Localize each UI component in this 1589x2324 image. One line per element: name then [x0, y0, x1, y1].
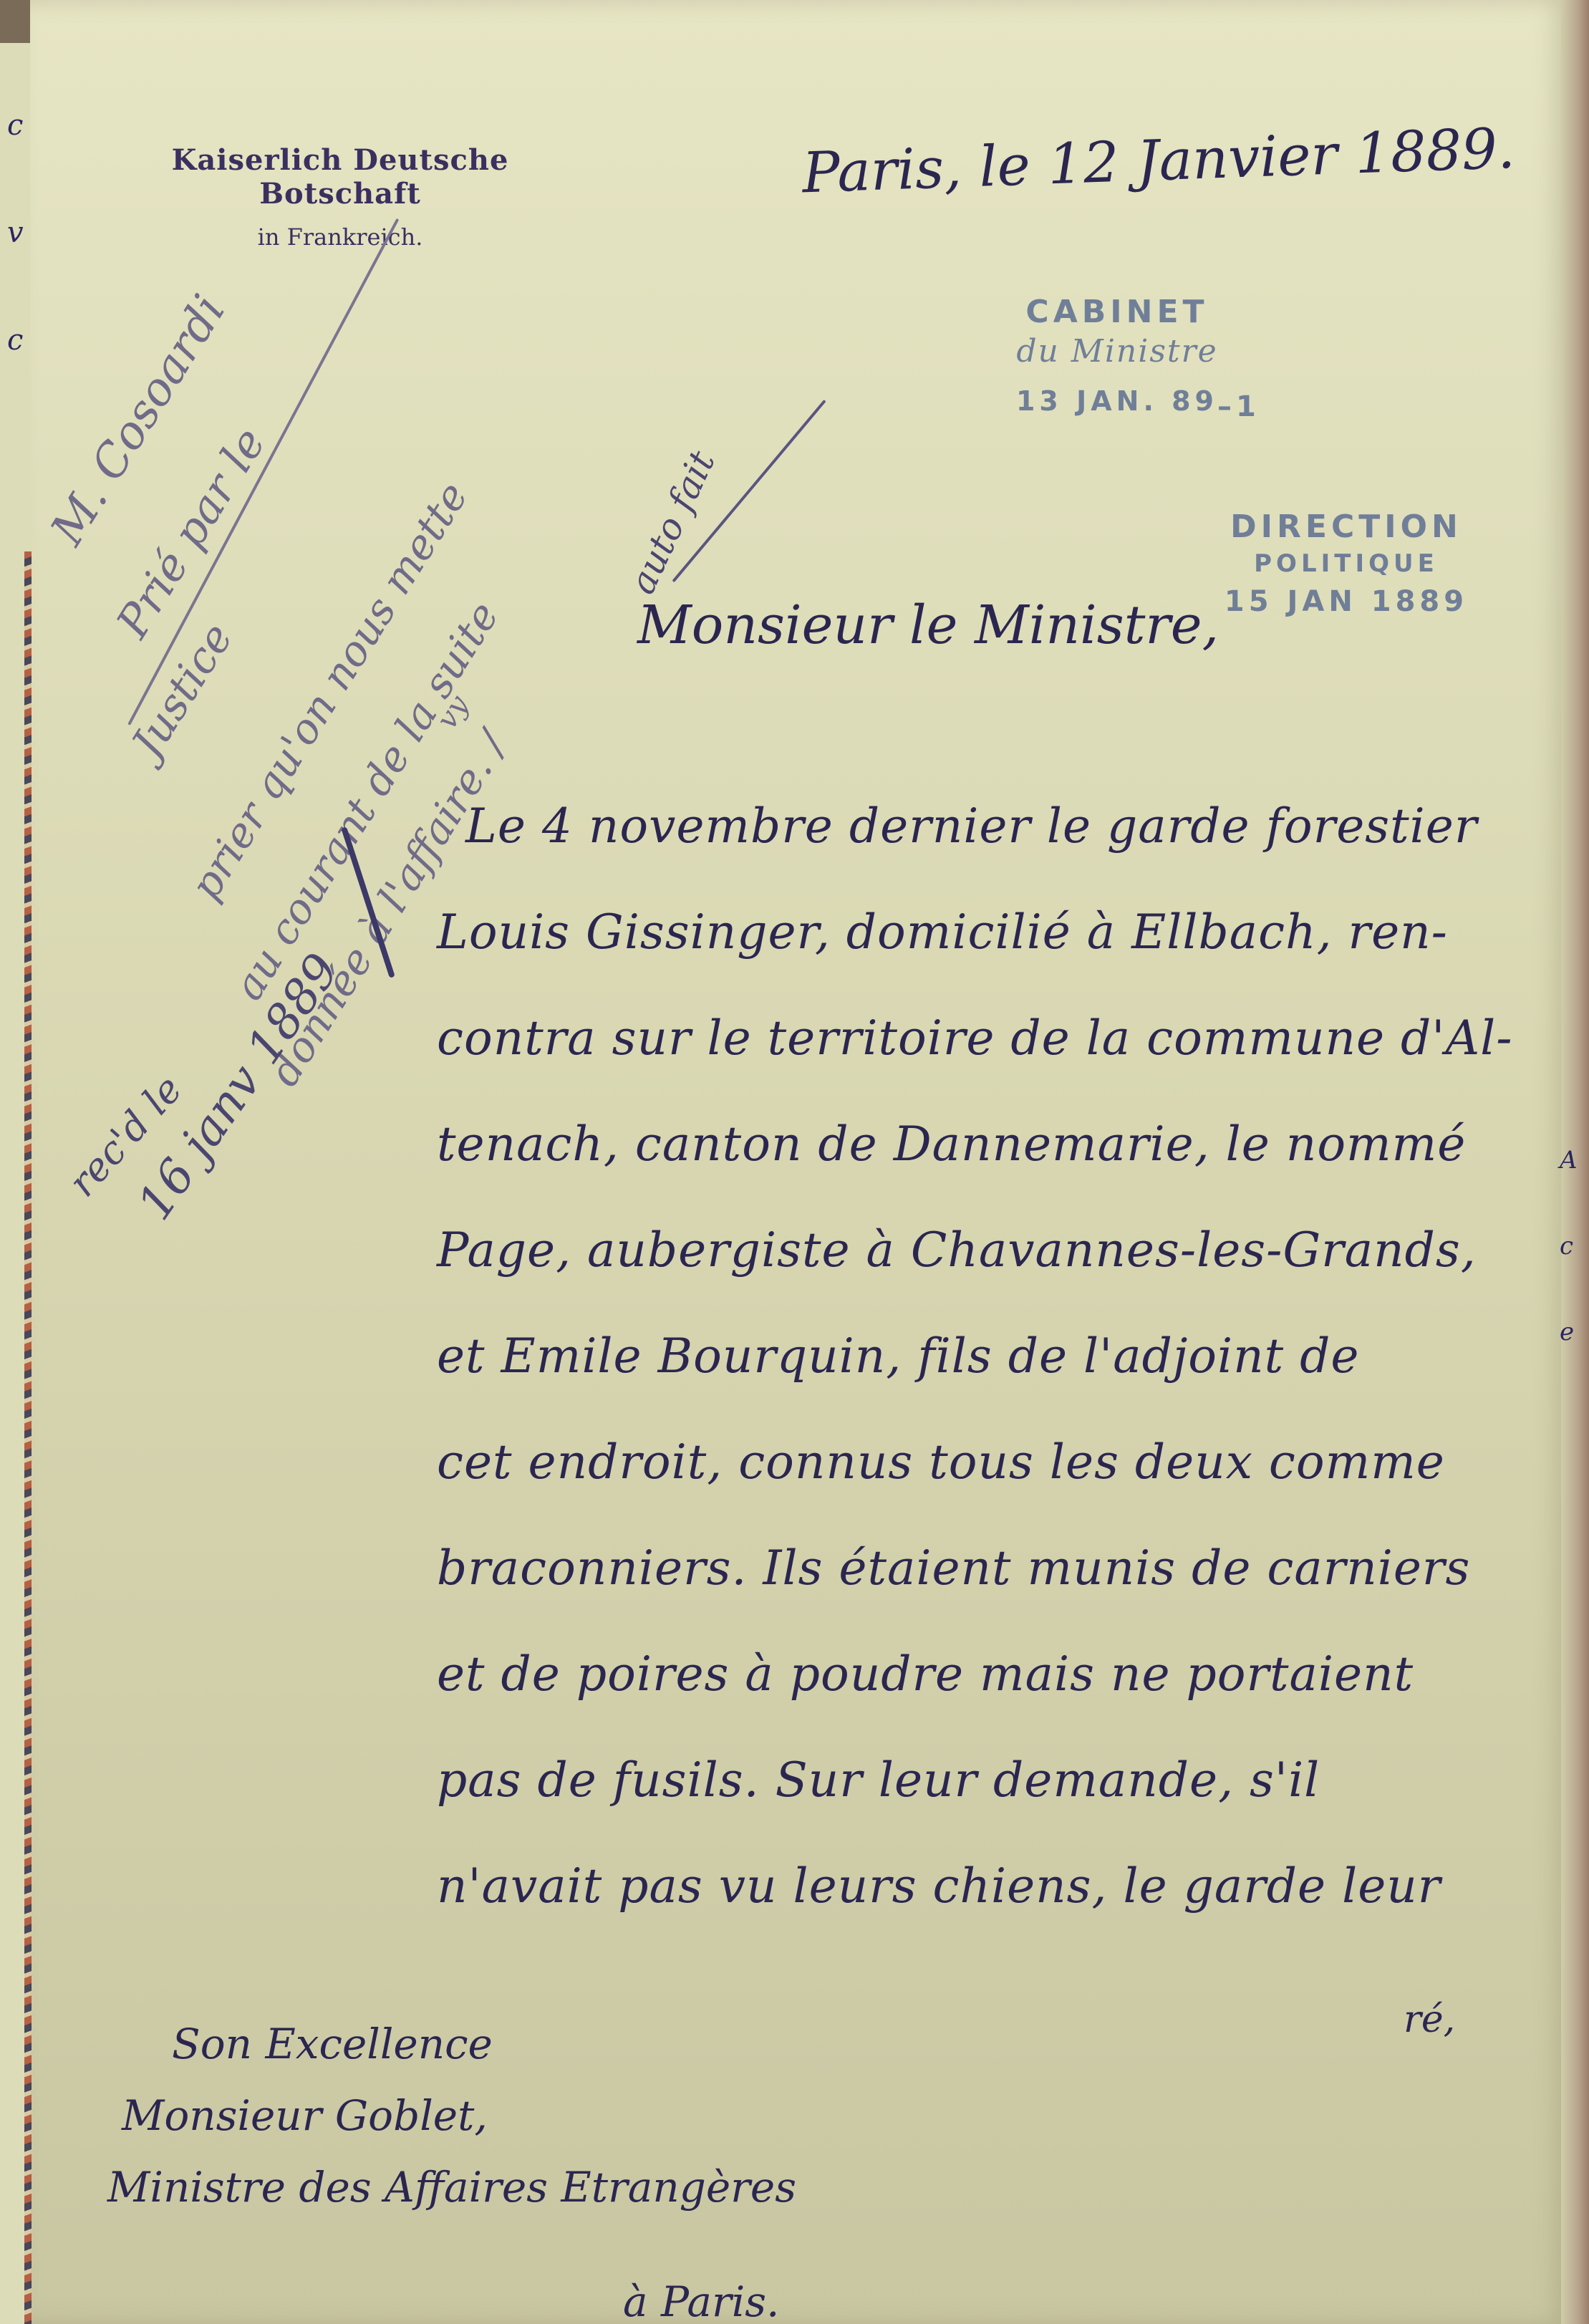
letterhead: Kaiserlich Deutsche Botschaft in Frankre… — [107, 143, 573, 251]
body-line: Le 4 novembre dernier le garde forestier — [437, 773, 1511, 879]
salutation: Monsieur le Ministre, — [637, 594, 1219, 656]
addressee-line2: Monsieur Goblet, — [107, 2091, 796, 2163]
body-line: contra sur le territoire de la commune d… — [437, 985, 1511, 1091]
addressee-block: Son Excellence Monsieur Goblet, Ministre… — [107, 2020, 796, 2324]
stamp-cabinet-line2: du Ministre — [974, 333, 1260, 370]
catchword: ré, — [1404, 1998, 1455, 2041]
body-line: braconniers. Ils étaient munis de carnie… — [437, 1515, 1511, 1621]
addressee-line3: Ministre des Affaires Etrangères — [107, 2163, 796, 2277]
body-line: pas de fusils. Sur leur demande, s'il — [437, 1727, 1511, 1833]
addressee-line1: Son Excellence — [107, 2020, 796, 2091]
left-margin-marks: cvc — [7, 72, 29, 394]
stamp-direction-line1: DIRECTION — [1203, 508, 1489, 545]
letterhead-title: Kaiserlich Deutsche Botschaft — [107, 143, 573, 211]
letterhead-subtitle: in Frankreich. — [107, 223, 573, 251]
letter-body: Le 4 novembre dernier le garde forestier… — [437, 773, 1511, 1939]
body-line: et de poires à poudre mais ne portaient — [437, 1621, 1511, 1727]
addressee-line4: à Paris. — [107, 2277, 796, 2324]
body-line: tenach, canton de Dannemarie, le nommé — [437, 1091, 1511, 1197]
body-line: Louis Gissinger, domicilié à Ellbach, re… — [437, 879, 1511, 985]
stamp-direction-politique: DIRECTION POLITIQUE 15 JAN 1889 — [1203, 508, 1489, 618]
body-line: et Emile Bourquin, fils de l'adjoint de — [437, 1303, 1511, 1409]
stamp-direction-line2: POLITIQUE — [1203, 549, 1489, 578]
stamp-cabinet-line1: CABINET — [974, 294, 1260, 330]
stamp-cabinet-mark: –1 — [1217, 390, 1260, 423]
right-margin-marks: Ace — [1560, 1117, 1588, 1375]
body-line: cet endroit, connus tous les deux comme — [437, 1409, 1511, 1515]
binding-cord — [24, 551, 32, 2324]
body-line: n'avait pas vu leurs chiens, le garde le… — [437, 1833, 1511, 1939]
stamp-direction-date: 15 JAN 1889 — [1203, 585, 1489, 618]
body-line: Page, aubergiste à Chavannes-les-Grands, — [437, 1197, 1511, 1303]
